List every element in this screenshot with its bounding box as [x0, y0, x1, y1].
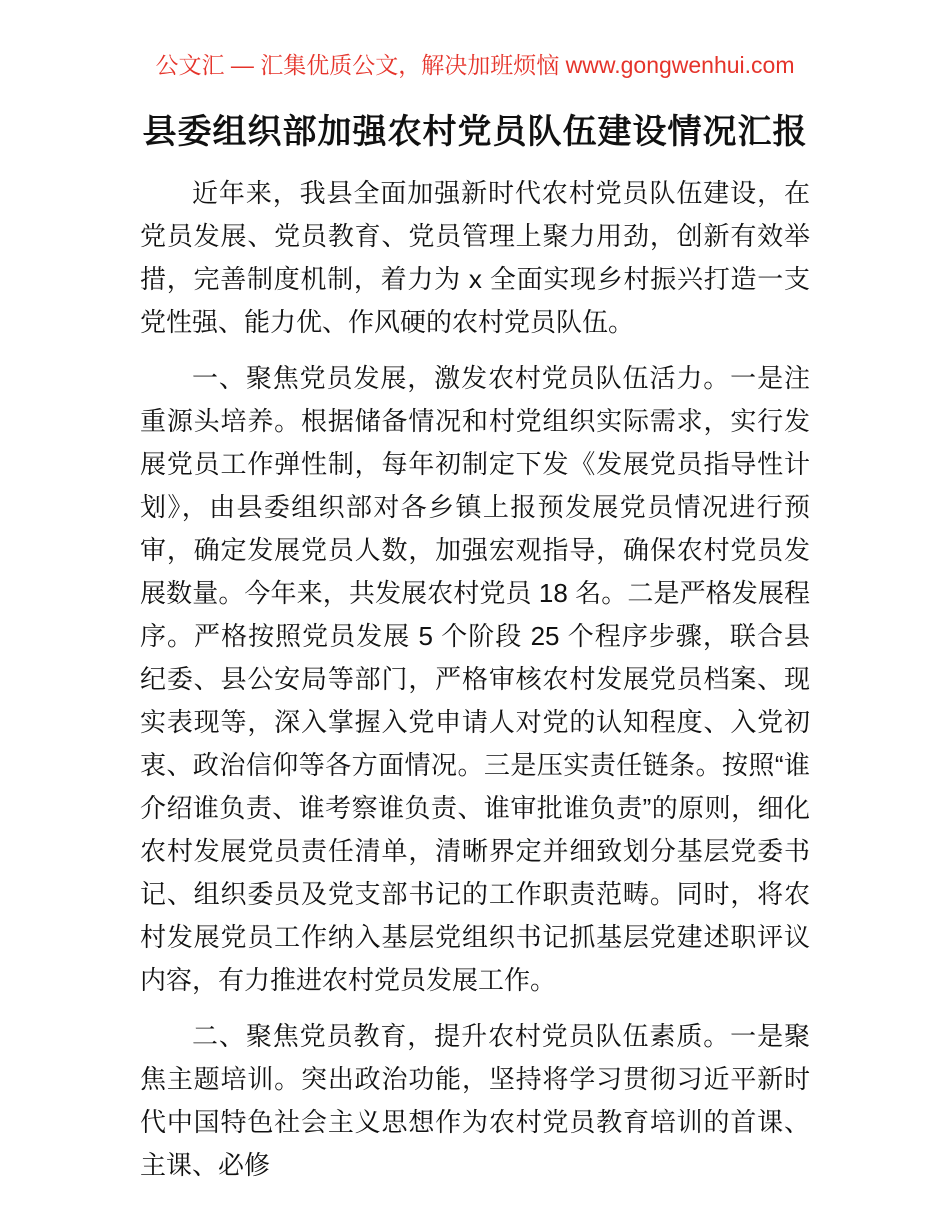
document-body: 近年来，我县全面加强新时代农村党员队伍建设，在党员发展、党员教育、党员管理上聚力… [140, 172, 810, 1187]
document-page: 公文汇 — 汇集优质公文，解决加班烦恼 www.gongwenhui.com 县… [0, 0, 950, 1230]
paragraph-section-two: 二、聚焦党员教育，提升农村党员队伍素质。一是聚焦主题培训。突出政治功能，坚持将学… [140, 1015, 810, 1187]
document-title: 县委组织部加强农村党员队伍建设情况汇报 [140, 110, 810, 154]
watermark-header: 公文汇 — 汇集优质公文，解决加班烦恼 www.gongwenhui.com [140, 50, 810, 80]
paragraph-section-one: 一、聚焦党员发展，激发农村党员队伍活力。一是注重源头培养。根据储备情况和村党组织… [140, 357, 810, 1002]
paragraph-intro: 近年来，我县全面加强新时代农村党员队伍建设，在党员发展、党员教育、党员管理上聚力… [140, 172, 810, 344]
